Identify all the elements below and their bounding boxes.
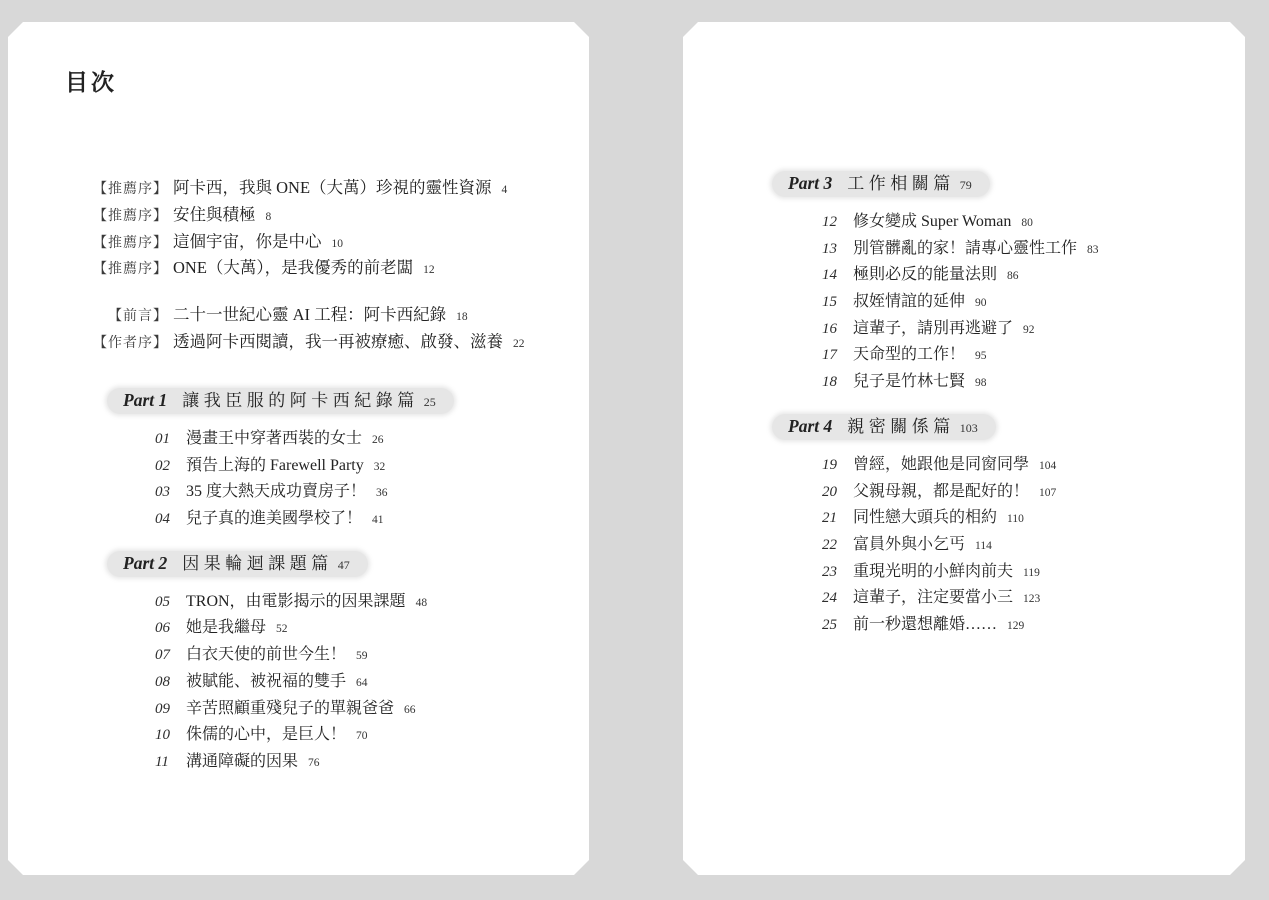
chapter-entry: 23 重現光明的小鮮肉前夫 119	[683, 558, 1245, 585]
chapter-page-number: 48	[416, 597, 428, 609]
chapter-title: 侏儒的心中，是巨人！	[186, 721, 346, 744]
part-section: Part 3 工作相關篇 79 12 修女變成 Super Woman 80 1…	[683, 171, 1245, 414]
part-heading: Part 4 親密關係篇 103	[772, 414, 996, 440]
chapter-page-number: 52	[276, 623, 288, 635]
chapter-page-number: 76	[308, 757, 320, 769]
chapter-list: 19 曾經，她跟他是同窗同學 104 20 父親母親，都是配好的！ 107 21…	[683, 451, 1245, 638]
front-matter-entry-title: 阿卡西，我與 ONE（大萬）珍視的靈性資源	[173, 174, 492, 198]
chapter-title: 白衣天使的前世今生！	[186, 641, 346, 664]
front-matter-entry-page-number: 12	[423, 264, 435, 276]
right-page-part-sections: Part 3 工作相關篇 79 12 修女變成 Super Woman 80 1…	[683, 171, 1245, 657]
chapter-entry: 05 TRON，由電影揭示的因果課題 48	[8, 588, 589, 615]
chapter-title: 叔姪情誼的延伸	[853, 288, 965, 311]
chapter-page-number: 90	[975, 297, 987, 309]
front-matter-entry-title: ONE（大萬），是我優秀的前老闆	[173, 254, 413, 278]
front-matter-entry: 【推薦序】 阿卡西，我與 ONE（大萬）珍視的靈性資源 4	[8, 174, 589, 201]
front-matter-entry-page-number: 18	[456, 311, 468, 323]
front-matter-entry-label: 【推薦序】	[8, 232, 168, 252]
chapter-list: 05 TRON，由電影揭示的因果課題 48 06 她是我繼母 52 07 白衣天…	[8, 588, 589, 775]
front-matter-entry-title: 這個宇宙，你是中心	[173, 228, 322, 252]
chapter-number: 02	[155, 458, 177, 475]
chapter-entry: 25 前一秒還想離婚…… 129	[683, 611, 1245, 638]
chapter-entry: 01 漫畫王中穿著西裝的女士 26	[8, 425, 589, 452]
chapter-entry: 06 她是我繼母 52	[8, 614, 589, 641]
part-label: Part 4	[788, 414, 832, 439]
chapter-title: 兒子真的進美國學校了！	[186, 505, 362, 528]
chapter-number: 14	[822, 267, 844, 284]
chapter-number: 04	[155, 511, 177, 528]
chapter-page-number: 41	[372, 514, 384, 526]
chapter-title: 這輩子，請別再逃避了	[853, 315, 1013, 338]
front-matter-entry: 【作者序】 透過阿卡西閱讀，我一再被療癒、啟發、滋養 22	[8, 328, 589, 355]
part-heading: Part 2 因果輪迴課題篇 47	[107, 551, 368, 577]
chapter-entry: 02 預告上海的 Farewell Party 32	[8, 452, 589, 479]
part-title: 工作相關篇	[847, 171, 955, 196]
chapter-number: 07	[155, 647, 177, 664]
chapter-number: 06	[155, 620, 177, 637]
chapter-entry: 15 叔姪情誼的延伸 90	[683, 288, 1245, 315]
chapter-number: 20	[822, 484, 844, 501]
front-matter-entry-label: 【推薦序】	[8, 178, 168, 198]
chapter-title: 她是我繼母	[186, 614, 266, 637]
front-matter-entry: 【推薦序】 ONE（大萬），是我優秀的前老闆 12	[8, 254, 589, 281]
part-page-number: 47	[338, 553, 350, 578]
chapter-entry: 11 溝通障礙的因果 76	[8, 748, 589, 775]
front-matter-entry-page-number: 4	[502, 184, 508, 196]
part-label: Part 3	[788, 171, 832, 196]
chapter-title: 修女變成 Super Woman	[853, 208, 1011, 231]
chapter-page-number: 98	[975, 377, 987, 389]
chapter-number: 13	[822, 241, 844, 258]
chapter-number: 25	[822, 617, 844, 634]
chapter-entry: 17 天命型的工作！ 95	[683, 341, 1245, 368]
front-matter-entry-label: 【推薦序】	[8, 205, 168, 225]
front-matter-entry: 【推薦序】 安住與積極 8	[8, 201, 589, 228]
chapter-number: 01	[155, 431, 177, 448]
chapter-page-number: 110	[1007, 513, 1024, 525]
part-section: Part 4 親密關係篇 103 19 曾經，她跟他是同窗同學 104 20 父…	[683, 414, 1245, 657]
part-title: 因果輪迴課題篇	[182, 551, 333, 576]
front-matter-entry-title: 二十一世紀心靈 AI 工程：阿卡西紀錄	[173, 301, 446, 325]
chapter-page-number: 86	[1007, 270, 1019, 282]
chapter-entry: 13 別管髒亂的家！請專心靈性工作 83	[683, 235, 1245, 262]
front-matter-entry-page-number: 10	[332, 238, 344, 250]
chapter-page-number: 26	[372, 434, 384, 446]
chapter-title: 曾經，她跟他是同窗同學	[853, 451, 1029, 474]
chapter-number: 05	[155, 594, 177, 611]
chapter-page-number: 83	[1087, 244, 1099, 256]
chapter-title: 父親母親，都是配好的！	[853, 478, 1029, 501]
chapter-page-number: 66	[404, 704, 416, 716]
chapter-page-number: 70	[356, 730, 368, 742]
chapter-page-number: 64	[356, 677, 368, 689]
chapter-entry: 07 白衣天使的前世今生！ 59	[8, 641, 589, 668]
chapter-entry: 04 兒子真的進美國學校了！ 41	[8, 505, 589, 532]
part-label: Part 2	[123, 551, 167, 576]
chapter-list: 01 漫畫王中穿著西裝的女士 26 02 預告上海的 Farewell Part…	[8, 425, 589, 532]
part-page-number: 25	[424, 390, 436, 415]
part-heading: Part 3 工作相關篇 79	[772, 171, 990, 197]
chapter-entry: 24 這輩子，注定要當小三 123	[683, 584, 1245, 611]
chapter-title: 溝通障礙的因果	[186, 748, 298, 771]
chapter-title: 這輩子，注定要當小三	[853, 584, 1013, 607]
chapter-number: 21	[822, 510, 844, 527]
chapter-title: 辛苦照顧重殘兒子的單親爸爸	[186, 695, 394, 718]
part-section: Part 1 讓我臣服的阿卡西紀錄篇 25 01 漫畫王中穿著西裝的女士 26 …	[8, 388, 589, 551]
chapter-page-number: 119	[1023, 567, 1040, 579]
chapter-title: 重現光明的小鮮肉前夫	[853, 558, 1013, 581]
front-matter-entry-label: 【前言】	[8, 305, 168, 325]
chapter-number: 18	[822, 374, 844, 391]
front-matter-entry-page-number: 8	[266, 211, 272, 223]
left-page-part-sections: Part 1 讓我臣服的阿卡西紀錄篇 25 01 漫畫王中穿著西裝的女士 26 …	[8, 388, 589, 794]
chapter-title: TRON，由電影揭示的因果課題	[186, 588, 406, 611]
chapter-page-number: 80	[1021, 217, 1033, 229]
chapter-page-number: 123	[1023, 593, 1040, 605]
chapter-entry: 19 曾經，她跟他是同窗同學 104	[683, 451, 1245, 478]
chapter-title: 極則必反的能量法則	[853, 261, 997, 284]
front-matter-entry: 【前言】 二十一世紀心靈 AI 工程：阿卡西紀錄 18	[8, 301, 589, 328]
chapter-page-number: 59	[356, 650, 368, 662]
right-page: Part 3 工作相關篇 79 12 修女變成 Super Woman 80 1…	[683, 22, 1245, 875]
recommendation-preface-list: 【推薦序】 阿卡西，我與 ONE（大萬）珍視的靈性資源 4 【推薦序】 安住與積…	[8, 174, 589, 281]
chapter-number: 19	[822, 457, 844, 474]
part-title: 讓我臣服的阿卡西紀錄篇	[182, 388, 419, 413]
chapter-title: 預告上海的 Farewell Party	[186, 452, 364, 475]
chapter-page-number: 95	[975, 350, 987, 362]
chapter-title: 天命型的工作！	[853, 341, 965, 364]
chapter-list: 12 修女變成 Super Woman 80 13 別管髒亂的家！請專心靈性工作…	[683, 208, 1245, 395]
chapter-entry: 14 極則必反的能量法則 86	[683, 261, 1245, 288]
front-matter-entry-label: 【作者序】	[8, 332, 168, 352]
chapter-entry: 08 被賦能、被祝福的雙手 64	[8, 668, 589, 695]
chapter-entry: 03 35 度大熱天成功賣房子！ 36	[8, 478, 589, 505]
chapter-title: 前一秒還想離婚……	[853, 611, 997, 634]
front-matter-entry: 【推薦序】 這個宇宙，你是中心 10	[8, 228, 589, 255]
chapter-entry: 18 兒子是竹林七賢 98	[683, 368, 1245, 395]
chapter-number: 08	[155, 674, 177, 691]
chapter-page-number: 36	[376, 487, 388, 499]
chapter-entry: 16 這輩子，請別再逃避了 92	[683, 315, 1245, 342]
chapter-page-number: 104	[1039, 460, 1056, 472]
chapter-page-number: 114	[975, 540, 992, 552]
part-title: 親密關係篇	[847, 414, 955, 439]
chapter-number: 17	[822, 347, 844, 364]
chapter-entry: 12 修女變成 Super Woman 80	[683, 208, 1245, 235]
chapter-title: 兒子是竹林七賢	[853, 368, 965, 391]
chapter-number: 09	[155, 701, 177, 718]
front-matter-entry-page-number: 22	[513, 338, 525, 350]
front-matter-entry-title: 透過阿卡西閱讀，我一再被療癒、啟發、滋養	[173, 328, 503, 352]
chapter-title: 漫畫王中穿著西裝的女士	[186, 425, 362, 448]
chapter-title: 35 度大熱天成功賣房子！	[186, 478, 366, 501]
chapter-entry: 09 辛苦照顧重殘兒子的單親爸爸 66	[8, 695, 589, 722]
chapter-entry: 22 富員外與小乞丐 114	[683, 531, 1245, 558]
chapter-number: 12	[822, 214, 844, 231]
part-page-number: 79	[960, 173, 972, 198]
part-heading: Part 1 讓我臣服的阿卡西紀錄篇 25	[107, 388, 454, 414]
chapter-number: 23	[822, 564, 844, 581]
chapter-page-number: 129	[1007, 620, 1024, 632]
preface-list: 【前言】 二十一世紀心靈 AI 工程：阿卡西紀錄 18 【作者序】 透過阿卡西閱…	[8, 301, 589, 355]
chapter-title: 同性戀大頭兵的相約	[853, 504, 997, 527]
part-page-number: 103	[960, 416, 978, 441]
front-matter-entry-title: 安住與積極	[173, 201, 256, 225]
chapter-page-number: 92	[1023, 324, 1035, 336]
part-label: Part 1	[123, 388, 167, 413]
chapter-page-number: 32	[374, 461, 386, 473]
front-matter-entry-label: 【推薦序】	[8, 258, 168, 278]
chapter-number: 16	[822, 321, 844, 338]
chapter-number: 11	[155, 754, 177, 771]
chapter-number: 22	[822, 537, 844, 554]
chapter-page-number: 107	[1039, 487, 1056, 499]
part-section: Part 2 因果輪迴課題篇 47 05 TRON，由電影揭示的因果課題 48 …	[8, 551, 589, 794]
chapter-entry: 20 父親母親，都是配好的！ 107	[683, 478, 1245, 505]
toc-title: 目次	[65, 64, 117, 97]
chapter-title: 富員外與小乞丐	[853, 531, 965, 554]
chapter-title: 被賦能、被祝福的雙手	[186, 668, 346, 691]
chapter-number: 03	[155, 484, 177, 501]
chapter-number: 24	[822, 590, 844, 607]
chapter-entry: 21 同性戀大頭兵的相約 110	[683, 504, 1245, 531]
left-page: 目次 【推薦序】 阿卡西，我與 ONE（大萬）珍視的靈性資源 4 【推薦序】 安…	[8, 22, 589, 875]
chapter-title: 別管髒亂的家！請專心靈性工作	[853, 235, 1077, 258]
chapter-number: 15	[822, 294, 844, 311]
chapter-entry: 10 侏儒的心中，是巨人！ 70	[8, 721, 589, 748]
chapter-number: 10	[155, 727, 177, 744]
book-spread: 目次 【推薦序】 阿卡西，我與 ONE（大萬）珍視的靈性資源 4 【推薦序】 安…	[0, 0, 1269, 900]
